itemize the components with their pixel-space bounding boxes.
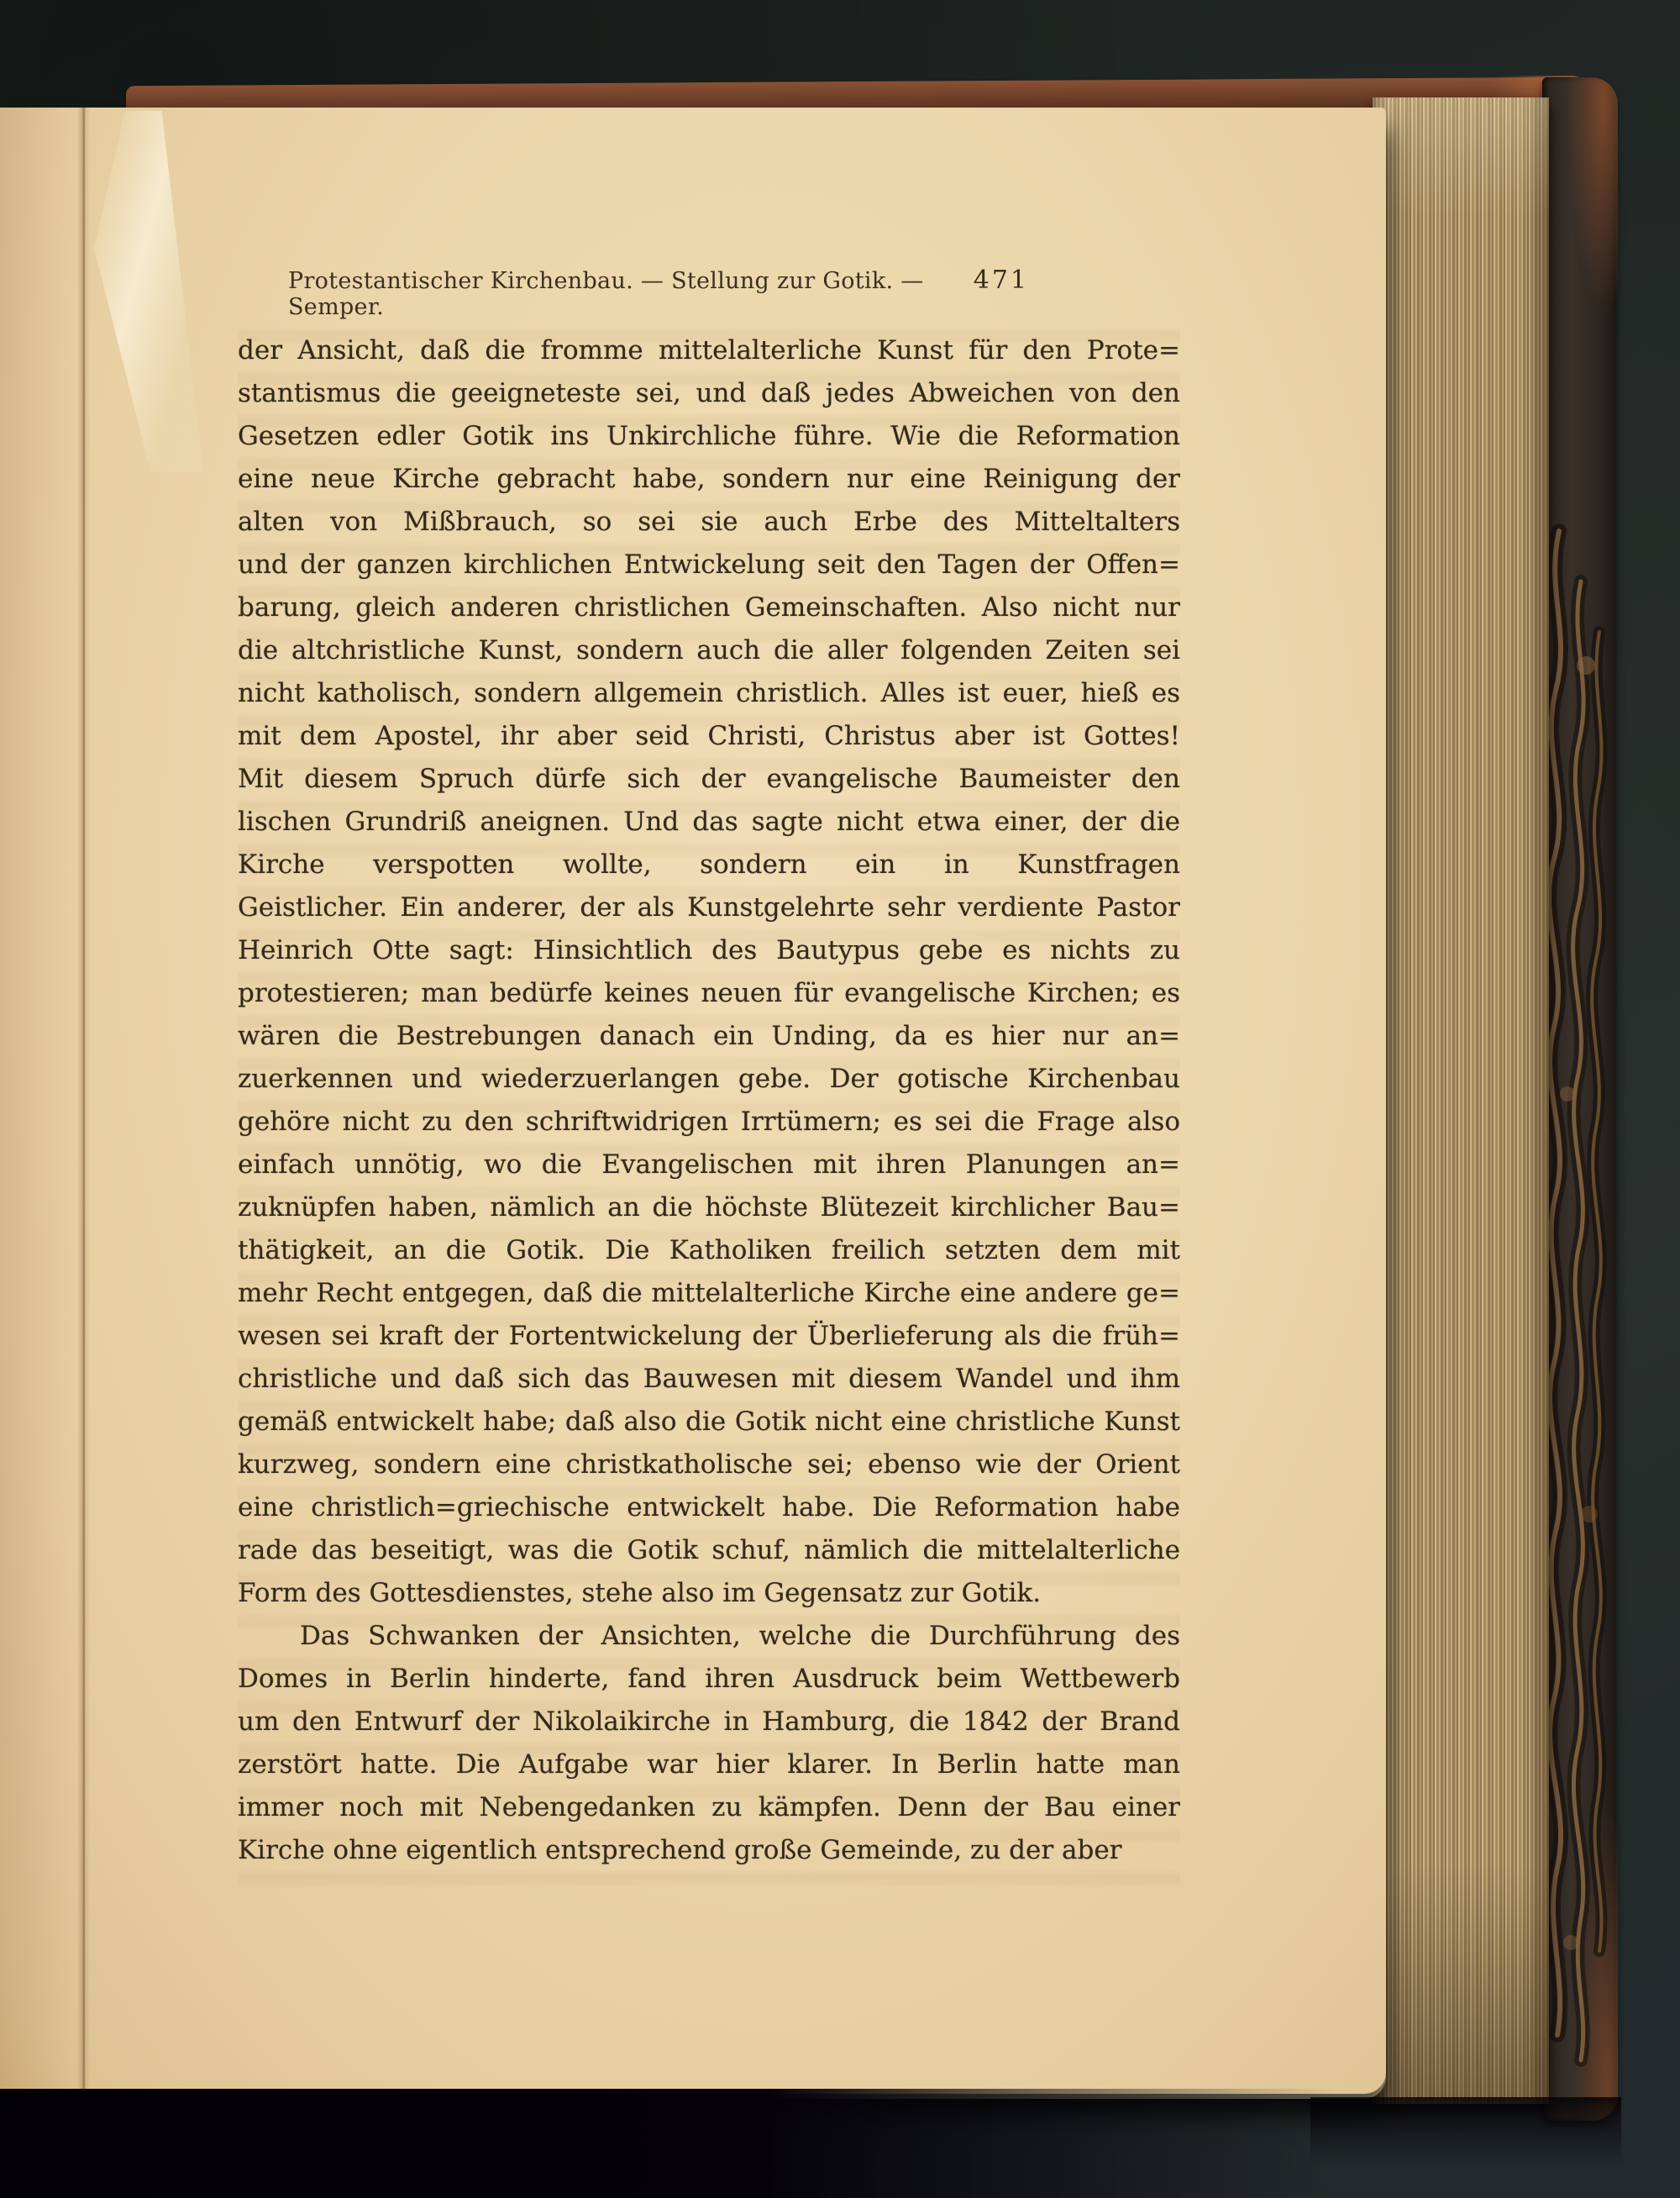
text-line: Geistlicher. Ein anderer, der als Kunstg… (238, 886, 1180, 929)
text-line: Domes in Berlin hinderte, fand ihren Aus… (238, 1658, 1180, 1701)
text-line: Mit diesem Spruch dürfe sich der evangel… (238, 758, 1180, 801)
text-line: zuerkennen und wiederzuerlangen gebe. De… (238, 1058, 1180, 1101)
text-line: einfach unnötig, wo die Evangelischen mi… (238, 1144, 1180, 1186)
text-line-paragraph-start: Das Schwanken der Ansichten, welche die … (238, 1615, 1180, 1658)
text-line: barung, gleich anderen christlichen Geme… (238, 586, 1180, 629)
text-line: rade das beseitigt, was die Gotik schuf,… (238, 1529, 1180, 1572)
text-line: um den Entwurf der Nikolaikirche in Hamb… (238, 1701, 1180, 1743)
text-line: wären die Bestrebungen danach ein Unding… (238, 1015, 1180, 1058)
text-line: alten von Mißbrauch, so sei sie auch Erb… (238, 501, 1180, 544)
text-line: Gesetzen edler Gotik ins Unkirchliche fü… (238, 415, 1180, 458)
text-line: eine neue Kirche gebracht habe, sondern … (238, 458, 1180, 501)
text-line: der Ansicht, daß die fromme mittelalterl… (238, 329, 1180, 372)
text-line: eine christlich=griechische entwickelt h… (238, 1486, 1180, 1529)
text-line-paragraph-end: Form des Gottesdienstes, stehe also im G… (238, 1572, 1180, 1615)
text-line-paragraph-end: Kirche ohne eigentlich entsprechend groß… (238, 1829, 1180, 1872)
page-gutter-crease (77, 108, 91, 2094)
text-line: und der ganzen kirchlichen Entwickelung … (238, 544, 1180, 586)
text-line: protestieren; man bedürfe keines neuen f… (238, 972, 1180, 1015)
body-text: der Ansicht, daß die fromme mittelalterl… (238, 329, 1180, 1872)
page-number: 471 (974, 266, 1029, 295)
text-line: Heinrich Otte sagt: Hinsichtlich des Bau… (238, 929, 1180, 972)
text-line: mehr Recht entgegen, daß die mittelalter… (238, 1272, 1180, 1315)
text-line: stantismus die geeigneteste sei, und daß… (238, 372, 1180, 415)
running-header-title: Protestantischer Kirchenbau. — Stellung … (288, 268, 974, 320)
cover-bottom-shadow (1310, 2097, 1621, 2173)
text-line: kurzweg, sondern eine christkatholische … (238, 1443, 1180, 1486)
text-line: nicht katholisch, sondern allgemein chri… (238, 672, 1180, 715)
text-line: zuknüpfen haben, nämlich an die höchste … (238, 1186, 1180, 1229)
book-bottom-shadow (0, 2089, 1394, 2198)
page-crease-flaw (94, 111, 203, 472)
text-line: lischen Grundriß aneignen. Und das sagte… (238, 801, 1180, 844)
gutter-shading (0, 108, 82, 2094)
text-line: mit dem Apostel, ihr aber seid Christi, … (238, 715, 1180, 758)
text-line: wesen sei kraft der Fortentwickelung der… (238, 1315, 1180, 1358)
text-line: christliche und daß sich das Bauwesen mi… (238, 1358, 1180, 1401)
text-line: die altchristliche Kunst, sondern auch d… (238, 629, 1180, 672)
page-header: Protestantischer Kirchenbau. — Stellung … (288, 266, 1029, 320)
text-line: gehöre nicht zu den schriftwidrigen Irrt… (238, 1101, 1180, 1144)
text-line: thätigkeit, an die Gotik. Die Katholiken… (238, 1229, 1180, 1272)
text-line: Kirche verspotten wollte, sondern ein in… (238, 844, 1180, 886)
book-back-cover-edge (1542, 77, 1616, 2121)
text-line: immer noch mit Nebengedanken zu kämpfen.… (238, 1786, 1180, 1829)
text-line: zerstört hatte. Die Aufgabe war hier kla… (238, 1743, 1180, 1786)
fanned-page-edges (1373, 97, 1549, 2104)
text-line: gemäß entwickelt habe; daß also die Goti… (238, 1401, 1180, 1443)
tooled-leather-swirl-pattern (1542, 77, 1616, 2121)
